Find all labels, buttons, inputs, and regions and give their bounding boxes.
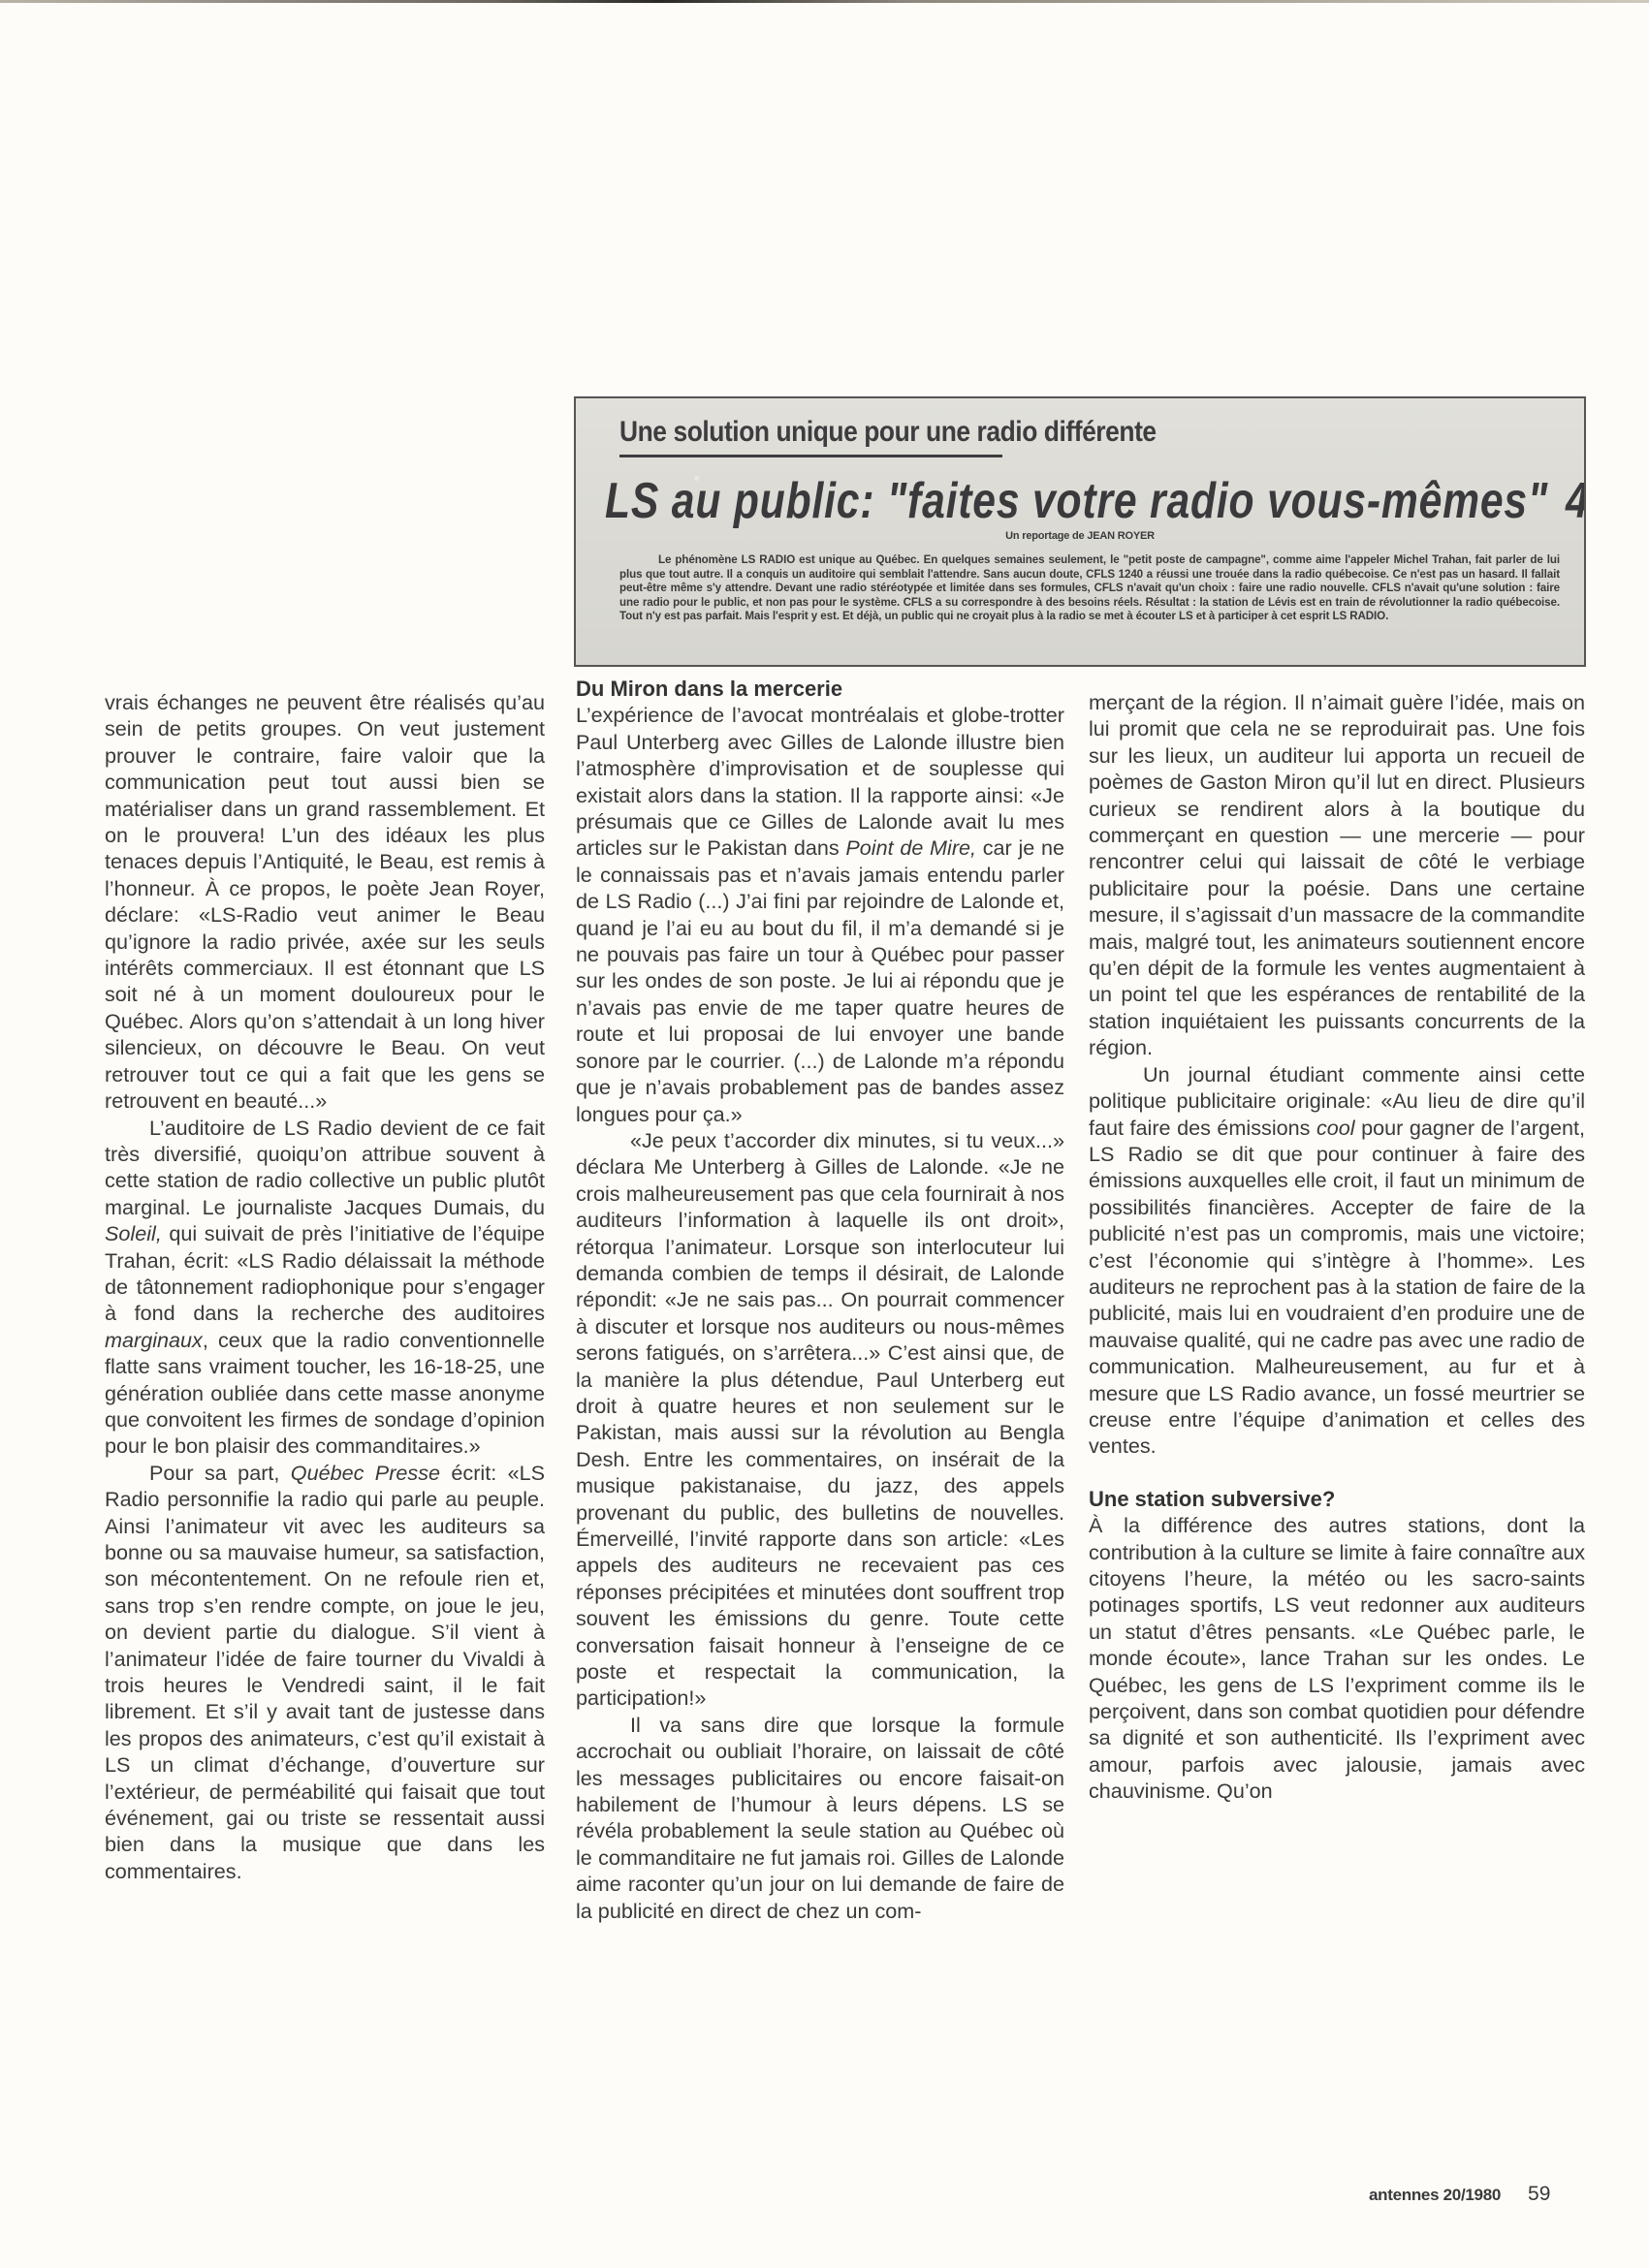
newspaper-clipping: Une solution unique pour une radio diffé… <box>574 396 1586 667</box>
clipping-byline: Un reportage de JEAN ROYER <box>576 530 1584 542</box>
text-run: car je ne le connaissais pas et n’avais … <box>576 835 1064 1125</box>
italic-title-soleil: Soleil, <box>105 1221 162 1245</box>
text-run: Pour sa part, <box>149 1461 291 1485</box>
column-right: merçant de la région. Il n’aimait guère … <box>1089 689 1585 1805</box>
paragraph: «Je peux t’accorder dix minutes, si tu v… <box>576 1127 1064 1712</box>
section-heading: Du Miron dans la mercerie <box>576 676 1064 702</box>
magazine-issue: antennes 20/1980 <box>1369 2186 1501 2204</box>
page-footer: antennes 20/198059 <box>1369 2183 1550 2206</box>
clipping-headline: LS au public: "faites votre radio vous-m… <box>605 472 1400 530</box>
italic-cool: cool <box>1316 1116 1355 1140</box>
page-top-edge <box>0 0 1649 3</box>
paragraph: vrais échanges ne peuvent être réalisés … <box>105 689 545 1115</box>
column-middle: Du Miron dans la mercerie L’expérience d… <box>576 676 1064 1924</box>
clipping-page-ref: 47 <box>1566 473 1586 529</box>
text-run: L’auditoire de LS Radio devient de ce fa… <box>105 1116 545 1219</box>
clipping-kicker: Une solution unique pour une radio diffé… <box>619 416 1157 449</box>
paragraph: Un journal étudiant commente ainsi cette… <box>1089 1061 1585 1460</box>
paragraph: merçant de la région. Il n’aimait guère … <box>1089 689 1585 1061</box>
text-run: qui suivait de près l’initiative de l’éq… <box>105 1221 545 1325</box>
clipping-kicker-underline <box>619 455 1002 457</box>
clipping-headline-text: LS au public: "faites votre radio vous-m… <box>605 473 1548 529</box>
paragraph: À la différence des autres stations, don… <box>1089 1512 1585 1804</box>
page-number: 59 <box>1528 2183 1550 2205</box>
text-run: pour gagner de l’argent, LS Radio se dit… <box>1089 1116 1585 1459</box>
italic-title-point-de-mire: Point de Mire, <box>845 835 976 860</box>
paragraph: L’auditoire de LS Radio devient de ce fa… <box>105 1115 545 1460</box>
paragraph: Pour sa part, Québec Presse écrit: «LS R… <box>105 1460 545 1885</box>
section-spacer <box>1089 1460 1585 1486</box>
italic-marginaux: marginaux <box>105 1328 203 1352</box>
italic-title-quebec-presse: Québec Presse <box>291 1461 440 1485</box>
paragraph: Il va sans dire que lorsque la formule a… <box>576 1712 1064 1924</box>
text-run: écrit: «LS Radio personnifie la radio qu… <box>105 1461 545 1883</box>
column-left: vrais échanges ne peuvent être réalisés … <box>105 689 545 1884</box>
section-heading: Une station subversive? <box>1089 1486 1585 1512</box>
paragraph: L’expérience de l’avocat montréalais et … <box>576 702 1064 1127</box>
clipping-lead: Le phénomène LS RADIO est unique au Québ… <box>619 553 1560 624</box>
